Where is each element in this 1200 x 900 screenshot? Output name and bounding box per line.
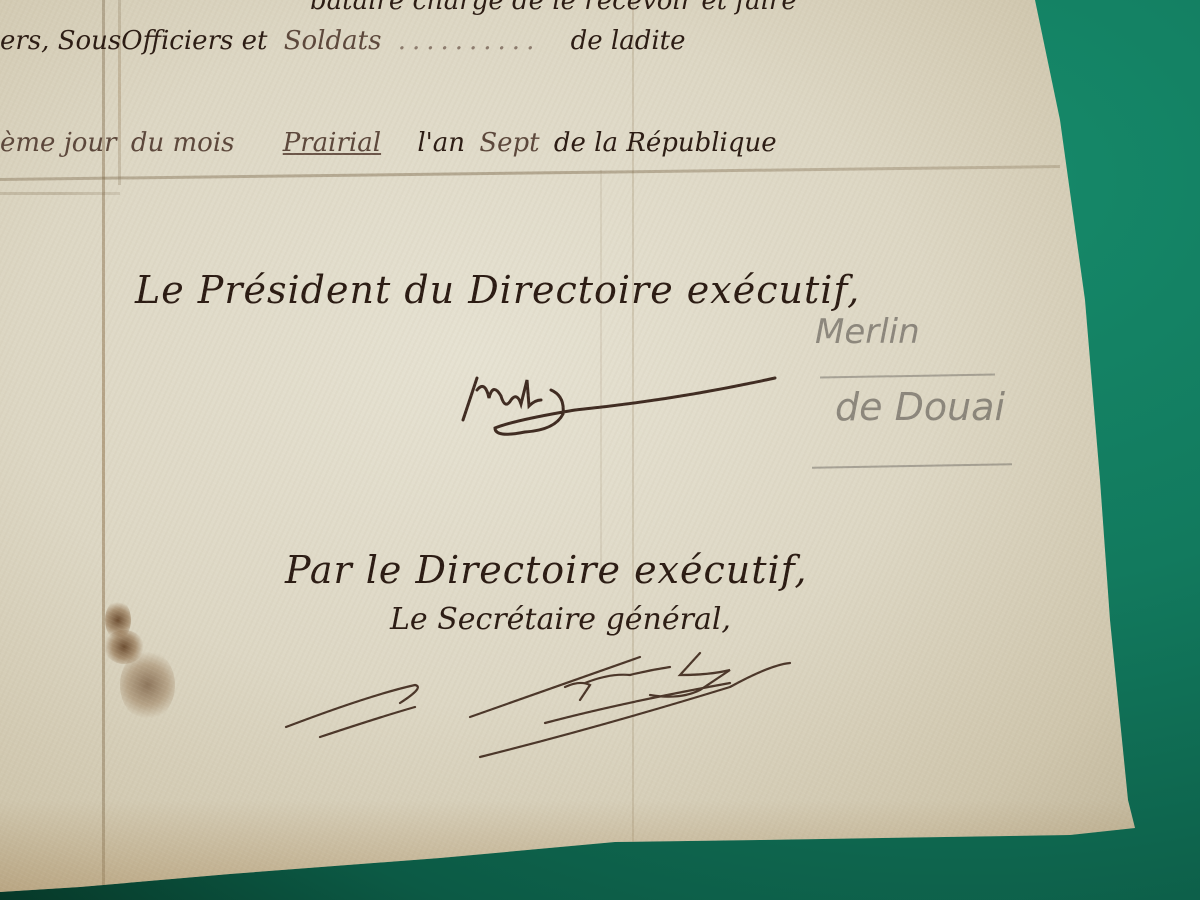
printed-line-2: ers, SousOfficiers et Soldats ..........… <box>0 26 686 56</box>
secretary-heading: Le Secrétaire général, <box>390 602 731 637</box>
handwritten-soldats: Soldats <box>284 26 382 56</box>
horizontal-fold-top <box>0 192 120 195</box>
photo-scene: bataire chargé de le recevoir et faire e… <box>0 0 1200 900</box>
pencil-annotation-line1: Merlin <box>815 312 920 352</box>
pencil-underline-2 <box>812 463 1012 468</box>
printed-line-1: bataire chargé de le recevoir et faire <box>310 0 797 16</box>
filler-dots: .......... <box>398 26 541 56</box>
directory-heading: Par le Directoire exécutif, <box>285 548 807 592</box>
pencil-underline-1 <box>820 373 995 378</box>
president-heading: Le Président du Directoire exécutif, <box>135 268 860 312</box>
date-suffix: de la République <box>554 128 777 158</box>
handwritten-month-prairial: Prairial <box>283 128 381 158</box>
line2-prefix: ers, Sous <box>0 26 121 56</box>
handwritten-year-sept: Sept <box>479 128 539 158</box>
pencil-annotation-line2: de Douai <box>835 385 1005 429</box>
secretary-signature <box>280 645 800 765</box>
date-du-mois: du mois <box>131 128 235 158</box>
horizontal-fold <box>0 165 1060 181</box>
president-signature-merlin <box>455 370 795 460</box>
ink-stain-3 <box>120 650 175 720</box>
date-prefix: ème jour <box>0 128 117 158</box>
date-an: l'an <box>417 128 465 158</box>
line2-suffix: de ladite <box>571 26 686 56</box>
line2-officiers: Officiers et <box>121 26 267 56</box>
date-line: ème jour du mois Prairial l'an Sept de l… <box>0 128 777 158</box>
line1-text: bataire chargé de le recevoir et faire <box>310 0 797 16</box>
bottom-edge-tint <box>0 800 1140 900</box>
document-paper: bataire chargé de le recevoir et faire e… <box>0 0 1200 900</box>
